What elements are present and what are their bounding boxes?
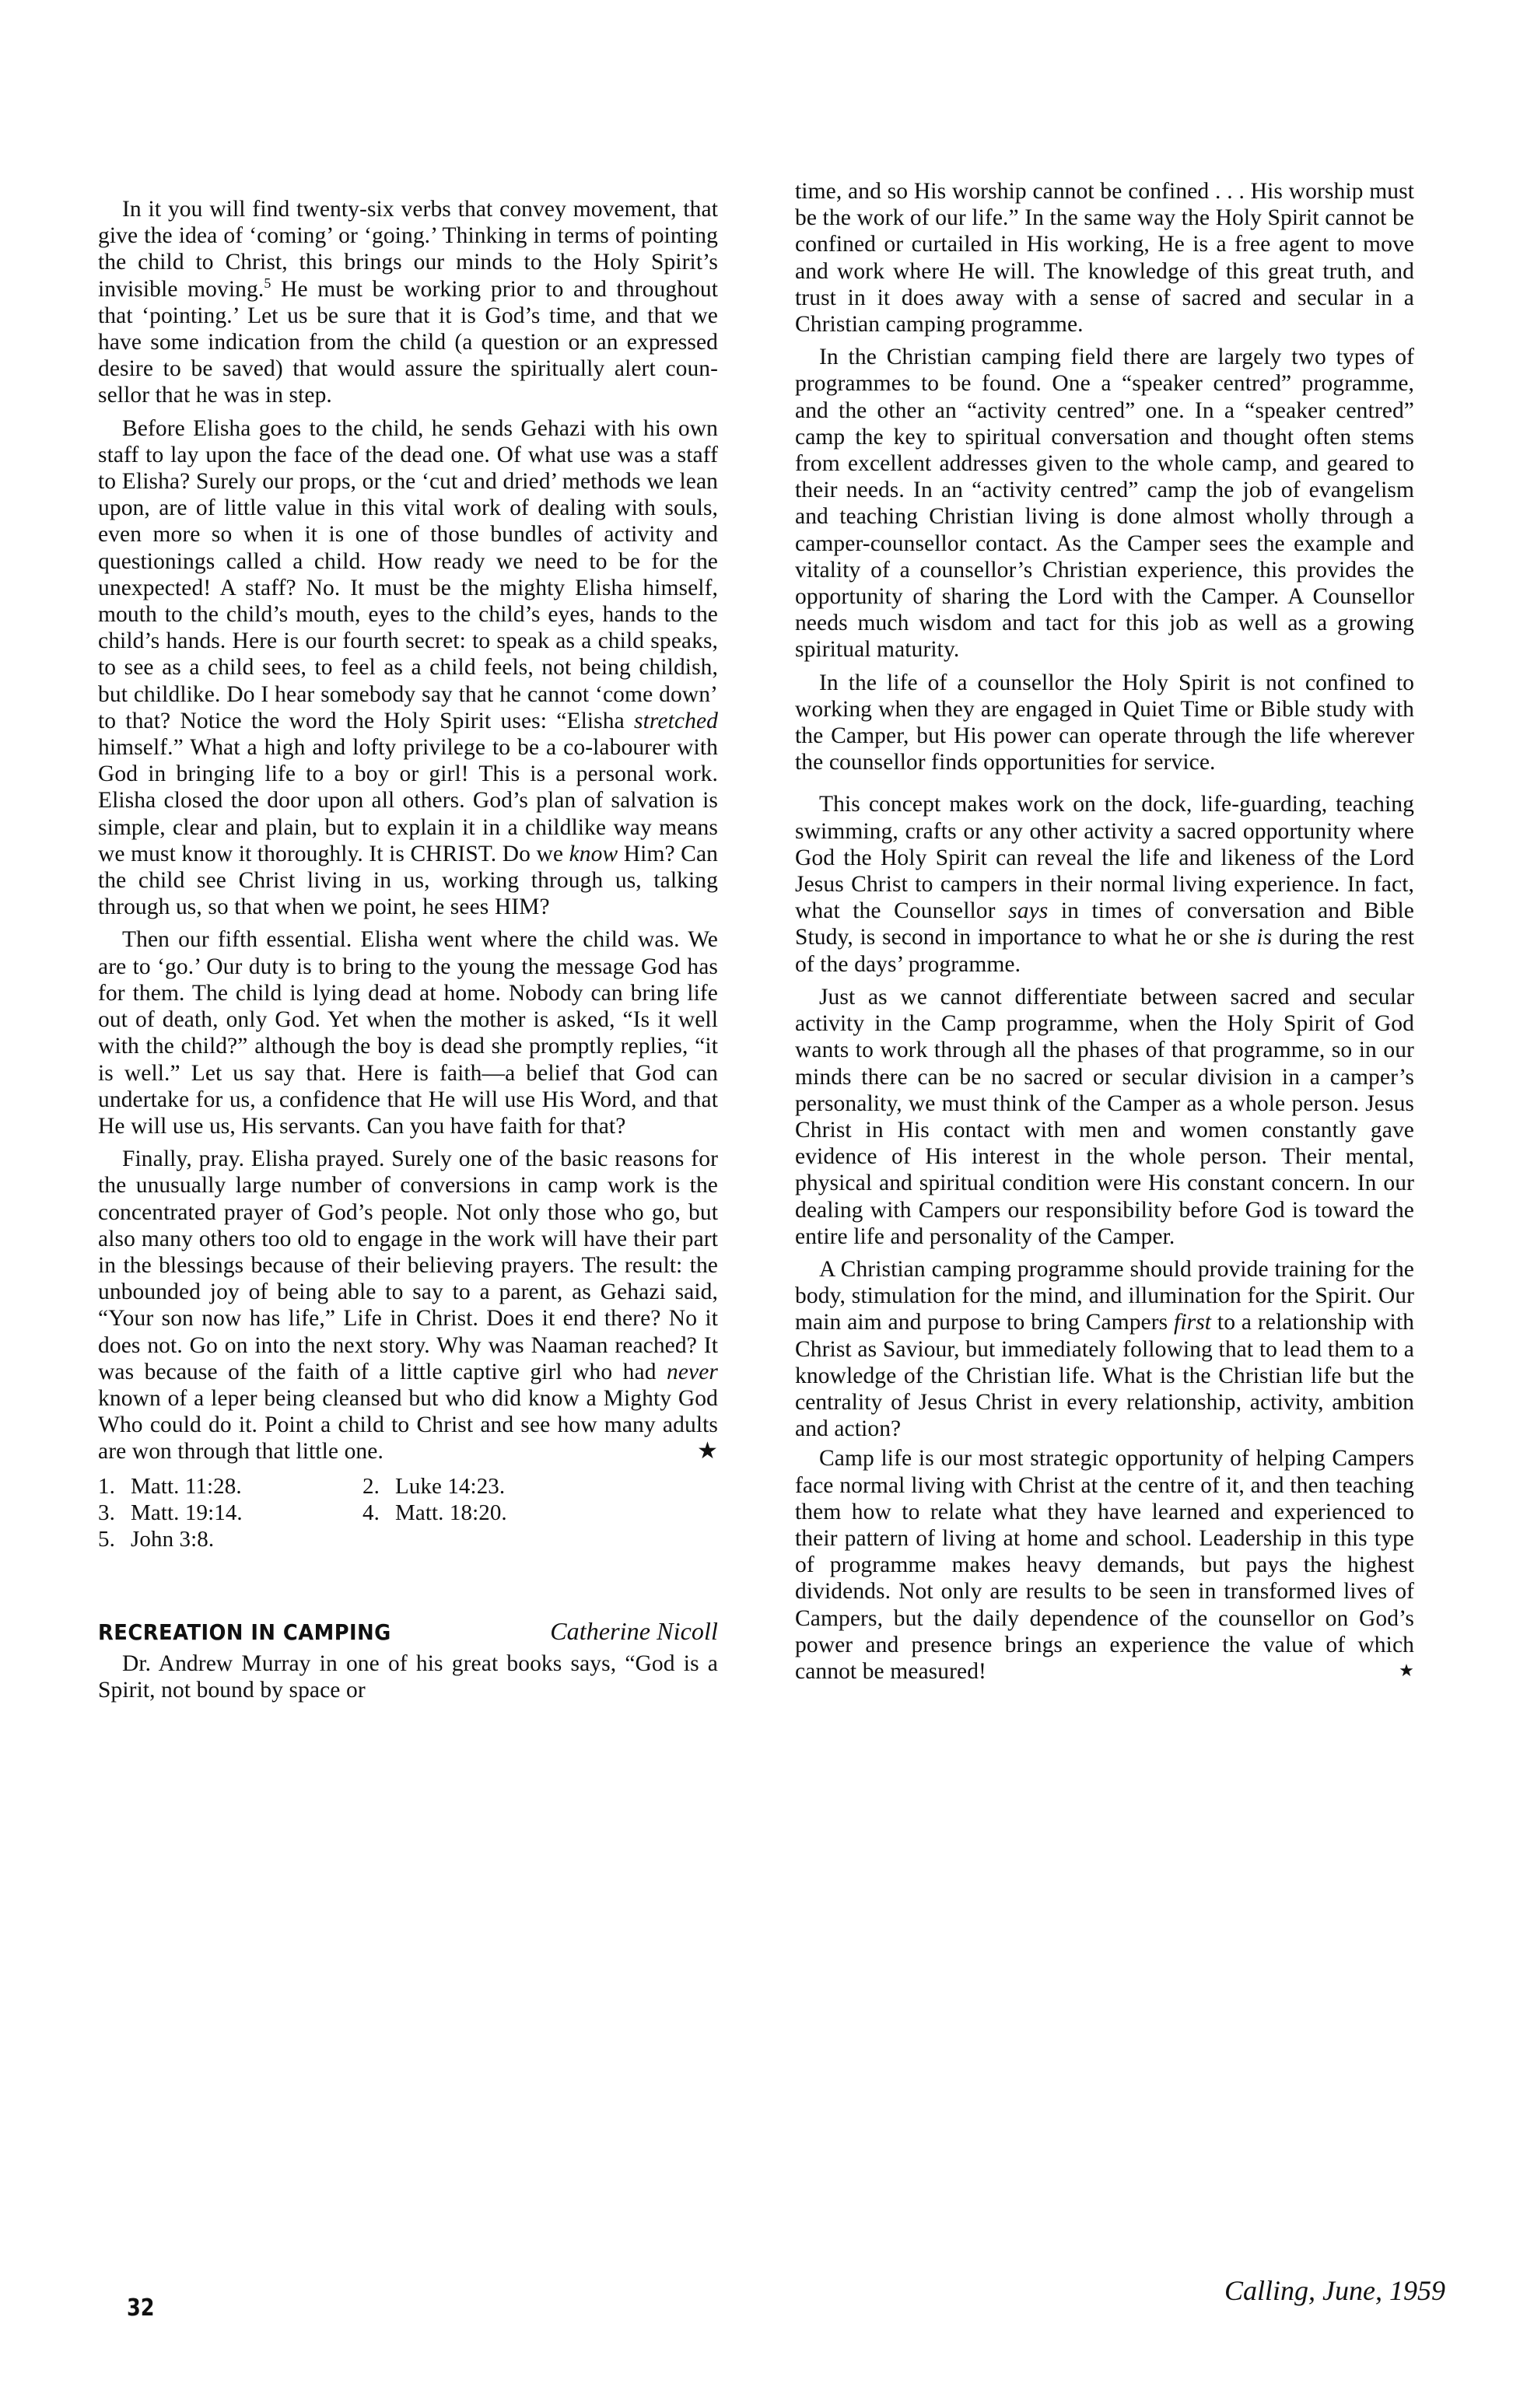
emphasis: says (1008, 898, 1048, 923)
emphasis: first (1174, 1310, 1211, 1335)
paragraph: Before Elisha goes to the child, he send… (98, 415, 718, 921)
emphasis: know (569, 842, 618, 866)
footnote-references: 1.Matt. 11:28. 2.Luke 14:23. 3.Matt. 19:… (98, 1473, 718, 1552)
paragraph: A Christian camping programme should pro… (795, 1256, 1414, 1442)
reference-item: 2.Luke 14:23. (362, 1473, 627, 1500)
left-column: In it you will find twenty-six verbs tha… (98, 196, 718, 1703)
paragraph: Just as we cannot differentiate between … (795, 984, 1414, 1250)
article-author: Catherine Nicoll (550, 1618, 718, 1644)
magazine-page: In it you will find twenty-six verbs tha… (0, 0, 1520, 2408)
paragraph: In it you will find twenty-six verbs tha… (98, 196, 718, 409)
paragraph: time, and so His worship cannot be confi… (795, 178, 1414, 338)
emphasis: never (667, 1360, 718, 1384)
emphasis: is (1256, 925, 1272, 950)
paragraph: In the life of a counsellor the Holy Spi… (795, 670, 1414, 776)
paragraph: Dr. Andrew Murray in one of his great bo… (98, 1650, 718, 1703)
emphasis: stretched (634, 709, 718, 733)
paragraph: Then our fifth essential. Elisha went wh… (98, 926, 718, 1139)
right-column: time, and so His worship cannot be confi… (795, 178, 1414, 1685)
paragraph: This concept makes work on the dock, lif… (795, 791, 1414, 977)
end-of-article-star-icon: ★ (1375, 1658, 1414, 1685)
paragraph: In the Christian camping field there are… (795, 344, 1414, 663)
publication-footer: Calling, June, 1959 (1224, 2274, 1445, 2307)
paragraph: Finally, pray. Elisha prayed. Surely one… (98, 1146, 718, 1465)
page-number: 32 (127, 2294, 154, 2322)
reference-item: 3.Matt. 19:14. (98, 1500, 362, 1526)
end-of-article-star-icon: ★ (673, 1438, 718, 1465)
reference-item: 4.Matt. 18:20. (362, 1500, 627, 1526)
paragraph: Camp life is our most strategic opportun… (795, 1445, 1414, 1685)
article-title: RECREATION IN CAMPING (98, 1619, 391, 1646)
reference-item: 1.Matt. 11:28. (98, 1473, 362, 1500)
reference-item: 5.John 3:8. (98, 1526, 362, 1552)
article-header: RECREATION IN CAMPING Catherine Nicoll (98, 1618, 718, 1646)
